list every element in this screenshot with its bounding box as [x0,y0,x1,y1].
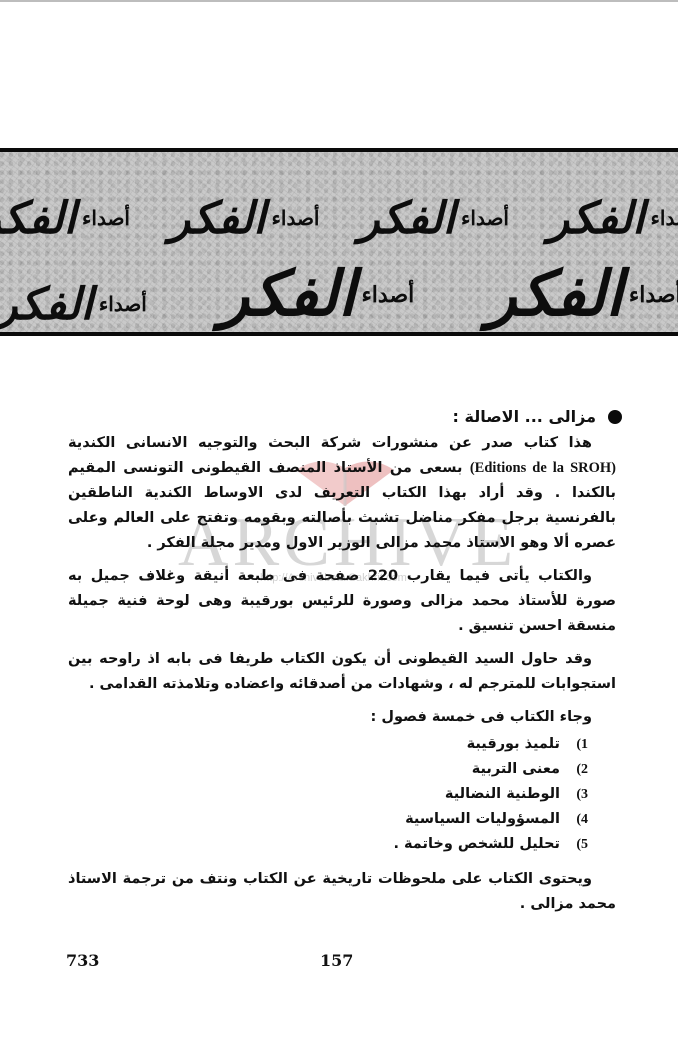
paragraph-content: وقد حاول السيد القيطونى أن يكون الكتاب ط… [68,647,616,697]
chapter-item: 2) معنى التربية [68,757,588,782]
chapter-item: 5) تحليل للشخص وخاتمة . [68,832,588,857]
article-heading: مزالى ... الاصالة : [68,404,622,429]
chapter-item: 3) الوطنية النضالية [68,782,588,807]
chapters-intro: وجاء الكتاب فى خمسة فصول : [68,705,616,730]
paragraph-description: والكتاب يأتى فيما يقارب 220 صفحة فى طبعة… [68,564,616,639]
banner-row-bottom: أصداء الفكر أصداء الفكر أصداء الفكر [0,244,678,330]
section-banner: أصداء الفكر أصداء الفكر أصداء الفكر أصدا… [0,148,678,336]
scan-top-edge [0,0,678,2]
banner-phrase: أصداء الفكر [0,279,147,330]
banner-phrase: أصداء الفكر [359,193,509,244]
chapter-list: 1) تلميذ بورقيبة 2) معنى التربية 3) الوط… [68,732,616,857]
banner-phrase: أصداء الفكر [487,257,678,330]
banner-phrase: أصداء الفكر [220,257,415,330]
paragraph-intro: هذا كتاب صدر عن منشورات شركة البحث والتو… [68,431,616,556]
bullet-icon [608,410,622,424]
page-number: 157 [320,951,353,970]
issue-page-number: 733 [66,951,99,970]
banner-row-top: أصداء الفكر أصداء الفكر أصداء الفكر أصدا… [0,174,678,244]
chapter-item: 4) المسؤوليات السياسية [68,807,588,832]
chapter-item: 1) تلميذ بورقيبة [68,732,588,757]
banner-phrase: أصداء الفكر [169,193,319,244]
banner-phrase: أصداء الفكر [0,193,130,244]
heading-text: مزالى ... الاصالة : [453,404,596,429]
paragraph-closing: ويحتوى الكتاب على ملحوظات تاريخية عن الك… [68,867,616,917]
banner-phrase: أصداء الفكر [548,193,678,244]
article-body: مزالى ... الاصالة : هذا كتاب صدر عن منشو… [68,404,616,925]
publisher-latin-name: (Editions de la SROH) [470,460,616,476]
